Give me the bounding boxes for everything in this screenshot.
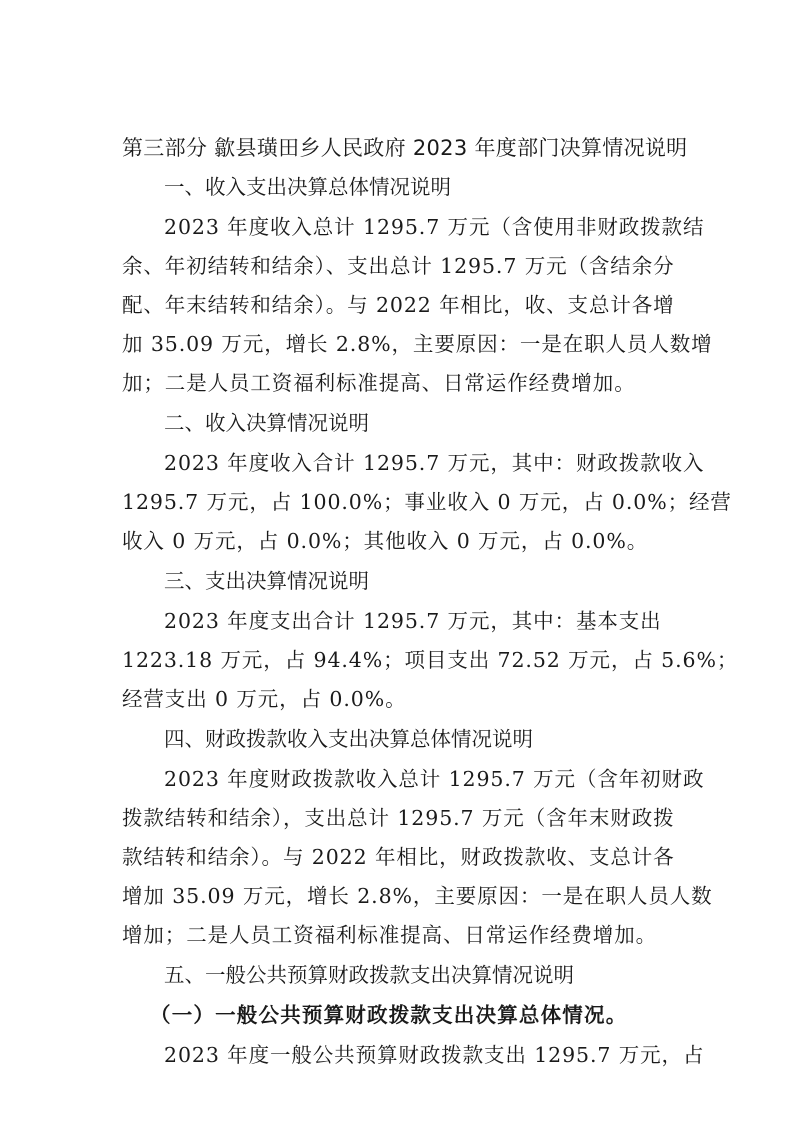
paragraph-line: 经营支出 0 万元，占 0.0%。 [122, 684, 406, 714]
paragraph-line: 2023 年度一般公共预算财政拨款支出 1295.7 万元，占 [164, 1040, 704, 1070]
paragraph-line: 1295.7 万元，占 100.0%；事业收入 0 万元，占 0.0%；经营 [122, 487, 732, 517]
paragraph-line: 增加；二是人员工资福利标准提高、日常运作经费增加。 [122, 920, 657, 950]
page-title: 第三部分 歙县璜田乡人民政府 2023 年度部门决算情况说明 [122, 133, 687, 163]
paragraph-line: 收入 0 万元，占 0.0%；其他收入 0 万元，占 0.0%。 [122, 526, 648, 556]
paragraph-line: 2023 年度支出合计 1295.7 万元，其中：基本支出 [164, 606, 662, 636]
section-heading-1: 一、收入支出决算总体情况说明 [164, 172, 451, 202]
section-heading-3: 三、支出决算情况说明 [164, 566, 369, 596]
section-heading-4: 四、财政拨款收入支出决算总体情况说明 [164, 724, 533, 754]
paragraph-line: 加 35.09 万元，增长 2.8%，主要原因：一是在职人员人数增 [122, 329, 713, 359]
paragraph-line: 1223.18 万元，占 94.4%；项目支出 72.52 万元，占 5.6%； [122, 645, 738, 675]
paragraph-line: 2023 年度收入合计 1295.7 万元，其中：财政拨款收入 [164, 448, 704, 478]
paragraph-line: 2023 年度财政拨款收入总计 1295.7 万元（含年初财政 [164, 764, 704, 794]
document-page: 第三部分 歙县璜田乡人民政府 2023 年度部门决算情况说明 一、收入支出决算总… [0, 0, 793, 1122]
paragraph-line: 拨款结转和结余），支出总计 1295.7 万元（含年末财政拨 [122, 803, 675, 833]
paragraph-line: 加；二是人员工资福利标准提高、日常运作经费增加。 [122, 368, 636, 398]
paragraph-line: 增加 35.09 万元，增长 2.8%，主要原因：一是在职人员人数 [122, 881, 713, 911]
subsection-heading: （一）一般公共预算财政拨款支出决算总体情况。 [150, 1000, 627, 1030]
section-heading-2: 二、收入决算情况说明 [164, 408, 369, 438]
paragraph-line: 余、年初结转和结余）、支出总计 1295.7 万元（含结余分 [122, 251, 675, 281]
paragraph-line: 配、年末结转和结余）。与 2022 年相比，收、支总计各增 [122, 290, 675, 320]
section-heading-5: 五、一般公共预算财政拨款支出决算情况说明 [164, 960, 574, 990]
paragraph-line: 2023 年度收入总计 1295.7 万元（含使用非财政拨款结 [164, 212, 704, 242]
paragraph-line: 款结转和结余）。与 2022 年相比，财政拨款收、支总计各 [122, 842, 675, 872]
